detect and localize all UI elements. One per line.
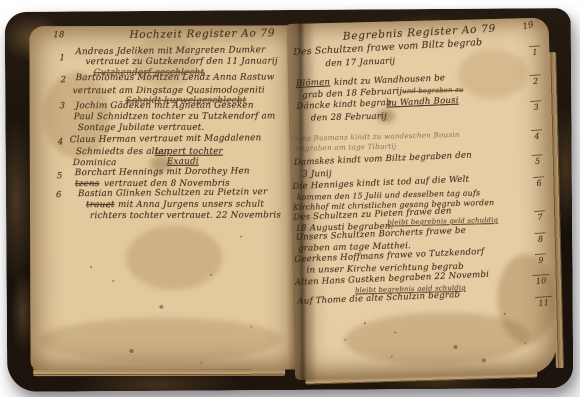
open-book: 18 Hochzeit Register Ao 79 1 Andreas Jde… [5, 8, 574, 392]
entry-line: vertrauet zu Gutzkendorf den 11 Januarij [85, 56, 277, 67]
entry-line: Paul Schnidtzen tochter zu Tutzkendorf a… [74, 111, 276, 122]
entry-number: 4 [58, 137, 64, 147]
left-page: 18 Hochzeit Register Ao 79 1 Andreas Jde… [29, 25, 300, 370]
entry-number: 6 [56, 190, 62, 200]
entry-number: 5 [57, 171, 63, 181]
entry-number: 6 [533, 176, 545, 188]
entry-number: 5 [532, 154, 544, 166]
entry-line: zu Wandh Bousi [386, 96, 459, 109]
entry-number: 2 [61, 75, 67, 85]
register-title: Hochzeit Register Ao 79 [129, 27, 275, 41]
right-page: 19 Begrebnis Register Ao 79 Des Schultze… [287, 18, 558, 380]
entry-line: 3 Junij [302, 169, 332, 180]
stain [457, 48, 528, 100]
entry-line: Dominica [73, 158, 117, 168]
entry-number: 10 [532, 274, 549, 286]
entry-line: Borchart Hennings mit Dorothey Hen [75, 166, 250, 178]
entry-line: Sontage Jubilate vertrauet. [78, 123, 205, 133]
entry-line: Blömen [296, 77, 331, 88]
page-number: 18 [53, 30, 64, 40]
entry-line: den 28 Februarij [311, 112, 387, 124]
foxing-specks [364, 322, 366, 324]
manuscript-photo: 18 Hochzeit Register Ao 79 1 Andreas Jde… [0, 0, 580, 397]
entry-line: Auf Thome die alte Schulzin begrab [297, 290, 460, 307]
strikethrough-note: und begraben zu [402, 86, 463, 95]
entry-number: 7 [534, 210, 546, 222]
entry-number: 1 [529, 45, 541, 57]
entry-number: 8 [534, 232, 546, 244]
entry-line: Andreas Jdeliken mit Margreten Dumker [75, 45, 265, 57]
entry-number: 2 [530, 74, 542, 86]
page-number: 19 [522, 20, 535, 32]
entry-number: 3 [530, 100, 542, 112]
stain [38, 317, 282, 362]
stain [126, 226, 222, 290]
entry-line: mit Anna Jurgens unsers schult [118, 200, 264, 211]
entry-line: Claus Herman vertrauet mit Magdalenen [70, 133, 262, 145]
strikethrough-note: trauet [86, 200, 115, 210]
entry-line: Bartolomeus Moritzen Lendz Anna Rastuw [76, 72, 275, 83]
entry-number: 3 [60, 101, 66, 111]
entry-line: Lupert tochter [155, 147, 223, 157]
entry-line: Damskes kindt vom Biltz begraben den [294, 150, 472, 167]
entry-number: 4 [531, 129, 543, 141]
entry-line: begraben am tage Tiburtij [295, 141, 396, 152]
entry-number: 1 [59, 53, 65, 63]
entry-line: vertrauet am Dingstage Quasimodogeniti [73, 86, 265, 97]
entry-line: Jochim Gädeken mit Agnetan Geseken [76, 101, 254, 112]
entry-line: Bastian Glinken Schultzen zu Pietzin ver [78, 187, 268, 199]
margin-note: bleibt begrebnis geld schuldig [387, 216, 498, 227]
entry-number: 9 [535, 253, 547, 265]
entry-line: richters tochter vertrauet. 22 Novembris [90, 210, 281, 221]
entry-line: den 17 Januarij [325, 56, 395, 69]
strikethrough-note: tzens [75, 179, 100, 189]
entry-line: Exaudi [167, 157, 199, 167]
entry-number: 11 [535, 296, 552, 308]
foxing-specks [90, 266, 92, 268]
